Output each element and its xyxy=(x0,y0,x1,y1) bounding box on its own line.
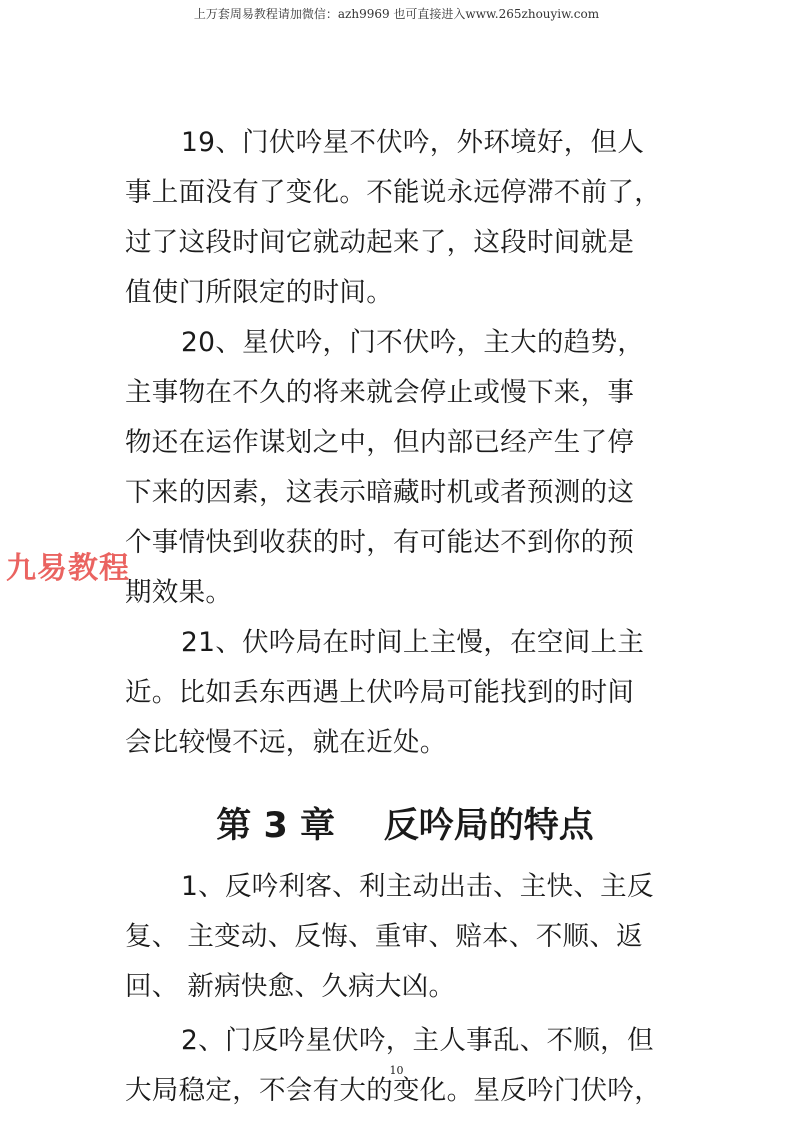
text-line: 2、门反吟星伏吟，主人事乱、不顺，但 xyxy=(125,1016,685,1066)
header-promo-note: 上万套周易教程请加微信：azh9969 也可直接进入www.265zhouyiw… xyxy=(0,5,793,22)
text-line: 事上面没有了变化。不能说永远停滞不前了， xyxy=(125,168,685,218)
page-number: 10 xyxy=(0,1064,793,1077)
text-line: 21、伏吟局在时间上主慢，在空间上主 xyxy=(125,618,685,668)
text-line: 值使门所限定的时间。 xyxy=(125,268,685,318)
text-line: 主事物在不久的将来就会停止或慢下来，事 xyxy=(125,368,685,418)
text-line: 过了这段时间它就动起来了，这段时间就是 xyxy=(125,218,685,268)
text-line: 20、星伏吟，门不伏吟，主大的趋势， xyxy=(125,318,685,368)
text-line: 个事情快到收获的时，有可能达不到你的预 xyxy=(125,518,685,568)
paragraph-21: 21、伏吟局在时间上主慢，在空间上主 近。比如丢东西遇上伏吟局可能找到的时间 会… xyxy=(125,618,685,768)
text-line: 回、 新病快愈、久病大凶。 xyxy=(125,962,685,1012)
text-line: 19、门伏吟星不伏吟，外环境好，但人 xyxy=(125,118,685,168)
paragraph-19: 19、门伏吟星不伏吟，外环境好，但人 事上面没有了变化。不能说永远停滞不前了， … xyxy=(125,118,685,318)
page-content: 19、门伏吟星不伏吟，外环境好，但人 事上面没有了变化。不能说永远停滞不前了， … xyxy=(125,118,685,1116)
text-line: 期效果。 xyxy=(125,568,685,618)
chapter-paragraph-1: 1、反吟利客、利主动出击、主快、主反 复、 主变动、反悔、重审、赔本、不顺、返 … xyxy=(125,862,685,1012)
text-line: 复、 主变动、反悔、重审、赔本、不顺、返 xyxy=(125,912,685,962)
text-line: 物还在运作谋划之中，但内部已经产生了停 xyxy=(125,418,685,468)
watermark-logo: 九易教程 xyxy=(6,543,130,587)
chapter-heading: 第 3 章 反吟局的特点 xyxy=(125,790,685,862)
paragraph-20: 20、星伏吟，门不伏吟，主大的趋势， 主事物在不久的将来就会停止或慢下来，事 物… xyxy=(125,318,685,618)
text-line: 下来的因素，这表示暗藏时机或者预测的这 xyxy=(125,468,685,518)
text-line: 1、反吟利客、利主动出击、主快、主反 xyxy=(125,862,685,912)
text-line: 近。比如丢东西遇上伏吟局可能找到的时间 xyxy=(125,668,685,718)
text-line: 会比较慢不远，就在近处。 xyxy=(125,718,685,768)
